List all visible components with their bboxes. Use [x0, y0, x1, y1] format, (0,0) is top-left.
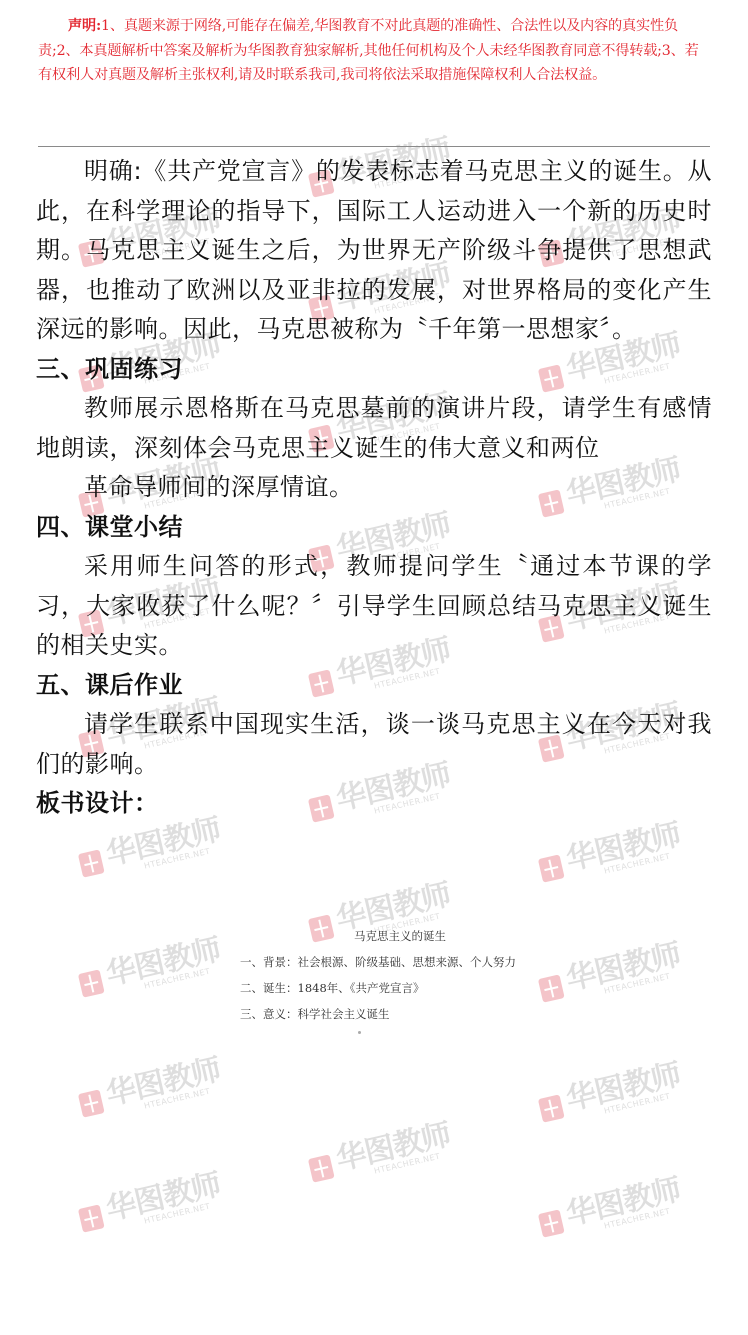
watermark-logo-icon [538, 854, 565, 882]
homework-paragraph: 请学生联系中国现实生活，谈一谈马克思主义在今天对我们的影响。 [36, 705, 712, 784]
summary-paragraph: 采用师生问答的形式，教师提问学生〝通过本节课的学习，大家收获了什么呢？〞引导学生… [36, 547, 712, 666]
watermark: 华图教师HTEACHER.NET [535, 1169, 695, 1261]
board-line-significance: 三、意义：科学社会主义诞生 [240, 1006, 540, 1022]
watermark-logo-icon [78, 969, 105, 997]
watermark-logo-icon [308, 1154, 335, 1182]
disclaimer: 声明:1、真题来源于网络,可能存在偏差,华图教育不对此真题的准确性、合法性以及内… [38, 14, 710, 88]
section-heading-summary: 四、课堂小结 [36, 508, 712, 548]
clarify-paragraph: 明确:《共产党宣言》的发表标志着马克思主义的诞生。从此，在科学理论的指导下，国际… [36, 152, 712, 350]
lesson-body: 明确:《共产党宣言》的发表标志着马克思主义的诞生。从此，在科学理论的指导下，国际… [36, 152, 712, 824]
watermark: 华图教师HTEACHER.NET [535, 814, 695, 906]
watermark: 华图教师HTEACHER.NET [305, 1114, 465, 1206]
watermark-logo-icon [538, 1209, 565, 1237]
board-title: 马克思主义的诞生 [240, 928, 540, 944]
board-line-birth: 二、诞生：1848年、《共产党宣言》 [240, 980, 540, 996]
practice-paragraph: 教师展示恩格斯在马克思墓前的演讲片段，请学生有感情地朗读，深刻体会马克思主义诞生… [36, 389, 712, 468]
disclaimer-text: 1、真题来源于网络,可能存在偏差,华图教育不对此真题的准确性、合法性以及内容的真… [38, 18, 699, 83]
header-divider [38, 146, 710, 147]
section-heading-homework: 五、课后作业 [36, 666, 712, 706]
watermark: 华图教师HTEACHER.NET [535, 1054, 695, 1146]
board-line-background: 一、背景：社会根源、阶级基础、思想来源、个人努力 [240, 954, 540, 970]
watermark-logo-icon [78, 849, 105, 877]
section-heading-practice: 三、巩固练习 [36, 350, 712, 390]
watermark-logo-icon [78, 1089, 105, 1117]
watermark: 华图教师HTEACHER.NET [75, 929, 235, 1021]
watermark: 华图教师HTEACHER.NET [75, 1164, 235, 1256]
practice-paragraph-continued: 革命导师间的深厚情谊。 [36, 468, 712, 508]
watermark-logo-icon [538, 974, 565, 1002]
watermark-logo-icon [78, 1204, 105, 1232]
disclaimer-label: 声明: [68, 18, 101, 34]
watermark: 华图教师HTEACHER.NET [535, 934, 695, 1026]
board-design-heading: 板书设计： [36, 784, 712, 824]
document-page: 华图教师HTEACHER.NET 华图教师HTEACHER.NET 华图教师HT… [0, 0, 748, 1335]
watermark-logo-icon [538, 1094, 565, 1122]
board-design: 马克思主义的诞生 一、背景：社会根源、阶级基础、思想来源、个人努力 二、诞生：1… [240, 928, 540, 1032]
watermark: 华图教师HTEACHER.NET [75, 1049, 235, 1141]
stray-mark [358, 1031, 361, 1034]
